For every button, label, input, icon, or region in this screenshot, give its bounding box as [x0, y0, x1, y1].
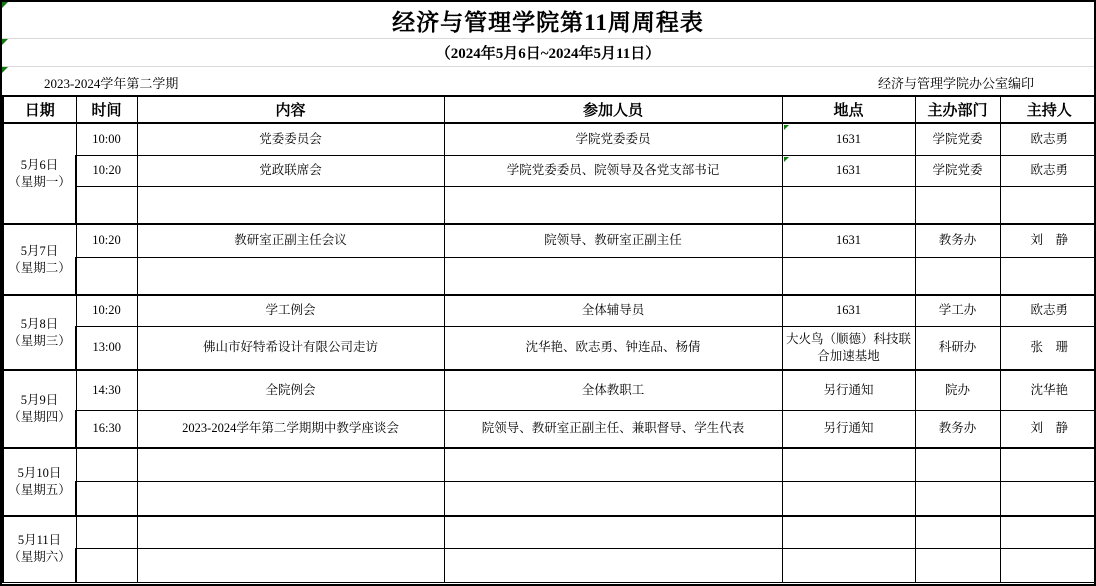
cell-date: 5月11日（星期六）	[3, 516, 76, 582]
cell-time	[76, 481, 137, 516]
table-row: 5月7日（星期二）10:20教研室正副主任会议院领导、教研室正副主任1631教务…	[3, 224, 1096, 257]
cell-participants-text: 学院党委委员	[575, 132, 650, 146]
publisher-label: 经济与管理学院办公室编印	[878, 73, 1034, 92]
weekday-label: （星期二）	[6, 260, 73, 277]
cell-time: 10:00	[76, 123, 137, 155]
cell-department-text: 院办	[945, 383, 970, 397]
cell-host-text: 沈华艳	[1030, 383, 1068, 397]
cell-time: 10:20	[76, 155, 137, 186]
cell-time: 10:20	[76, 224, 137, 257]
cell-error-flag-icon	[784, 157, 789, 162]
header-row: 日期时间内容参加人员地点主办部门主持人	[3, 96, 1096, 123]
cell-participants: 学院党委委员	[444, 123, 782, 155]
cell-time: 13:00	[76, 326, 137, 370]
cell-time	[76, 257, 137, 295]
cell-content: 2023-2024学年第二学期期中教学座谈会	[137, 410, 444, 448]
date-label: 5月6日	[6, 157, 73, 174]
cell-participants-text: 学院党委委员、院领导及各党支部书记	[507, 163, 720, 177]
info-row: 2023-2024学年第二学期 经济与管理学院办公室编印	[2, 67, 1094, 95]
cell-participants	[444, 548, 782, 582]
cell-time: 10:20	[76, 295, 137, 326]
cell-department: 教务办	[915, 224, 1000, 257]
cell-department-text: 学院党委	[932, 163, 982, 177]
cell-time	[76, 186, 137, 224]
cell-location: 大火鸟（顺德）科技联合加速基地	[782, 326, 915, 370]
cell-location: 另行通知	[782, 370, 915, 410]
cell-location-text: 1631	[836, 132, 861, 146]
cell-host: 刘 静	[1000, 224, 1096, 257]
table-header: 日期时间内容参加人员地点主办部门主持人	[3, 96, 1096, 123]
cell-content: 教研室正副主任会议	[137, 224, 444, 257]
column-header-2: 内容	[137, 96, 444, 123]
column-header-6: 主持人	[1000, 96, 1096, 123]
cell-participants	[444, 481, 782, 516]
table-row: 5月6日（星期一）10:00党委委员会学院党委委员1631学院党委欧志勇	[3, 123, 1096, 155]
cell-host: 张 珊	[1000, 326, 1096, 370]
table-row	[3, 481, 1096, 516]
cell-time-text: 10:20	[92, 233, 120, 247]
date-label: 5月11日	[6, 532, 73, 549]
cell-host	[1000, 448, 1096, 481]
cell-content-text: 教研室正副主任会议	[234, 233, 347, 247]
table-row: 5月8日（星期三）10:20学工例会全体辅导员1631学工办欧志勇	[3, 295, 1096, 326]
table-row: 5月9日（星期四）14:30全院例会全体教职工另行通知院办沈华艳	[3, 370, 1096, 410]
cell-location	[782, 516, 915, 548]
table-row: 10:20党政联席会学院党委委员、院领导及各党支部书记1631学院党委欧志勇	[3, 155, 1096, 186]
cell-department-text: 学院党委	[932, 132, 982, 146]
cell-time	[76, 548, 137, 582]
cell-error-flag-icon	[2, 67, 8, 73]
table-row	[3, 186, 1096, 224]
cell-department: 院办	[915, 370, 1000, 410]
cell-content	[137, 186, 444, 224]
cell-content	[137, 448, 444, 481]
cell-host: 刘 静	[1000, 410, 1096, 448]
cell-department: 教务办	[915, 410, 1000, 448]
cell-host	[1000, 481, 1096, 516]
cell-participants-text: 沈华艳、欧志勇、钟连品、杨倩	[525, 340, 700, 354]
cell-date: 5月7日（星期二）	[3, 224, 76, 295]
cell-participants	[444, 257, 782, 295]
cell-date: 5月8日（星期三）	[3, 295, 76, 370]
cell-error-flag-icon	[2, 2, 8, 8]
cell-date: 5月9日（星期四）	[3, 370, 76, 448]
weekday-label: （星期六）	[6, 549, 73, 566]
cell-content: 党政联席会	[137, 155, 444, 186]
cell-host-text: 刘 静	[1030, 421, 1068, 435]
cell-content	[137, 481, 444, 516]
cell-department-text: 教务办	[939, 233, 977, 247]
cell-host: 欧志勇	[1000, 155, 1096, 186]
cell-location: 1631	[782, 155, 915, 186]
schedule-sheet: 经济与管理学院第11周周程表 （2024年5月6日~2024年5月11日） 20…	[0, 0, 1096, 586]
cell-location	[782, 448, 915, 481]
cell-department-text: 科研办	[939, 340, 977, 354]
table-row	[3, 257, 1096, 295]
cell-time-text: 10:20	[92, 303, 120, 317]
cell-department	[915, 516, 1000, 548]
cell-time-text: 10:00	[92, 132, 120, 146]
title-row: 经济与管理学院第11周周程表	[2, 2, 1094, 39]
cell-participants-text: 院领导、教研室正副主任	[544, 233, 682, 247]
column-header-3: 参加人员	[444, 96, 782, 123]
cell-participants	[444, 448, 782, 481]
cell-error-flag-icon	[2, 39, 8, 45]
cell-participants-text: 全体教职工	[582, 383, 645, 397]
cell-location-text: 1631	[836, 163, 861, 177]
cell-department: 学工办	[915, 295, 1000, 326]
cell-content-text: 党政联席会	[259, 163, 322, 177]
cell-date: 5月6日（星期一）	[3, 123, 76, 224]
cell-participants: 学院党委委员、院领导及各党支部书记	[444, 155, 782, 186]
cell-department: 学院党委	[915, 123, 1000, 155]
date-label: 5月8日	[6, 316, 73, 333]
cell-time	[76, 516, 137, 548]
cell-department	[915, 481, 1000, 516]
cell-time: 14:30	[76, 370, 137, 410]
cell-location-text: 1631	[836, 233, 861, 247]
cell-department	[915, 257, 1000, 295]
cell-host: 欧志勇	[1000, 123, 1096, 155]
cell-location	[782, 548, 915, 582]
table-row: 5月11日（星期六）	[3, 516, 1096, 548]
cell-host-text: 欧志勇	[1030, 132, 1068, 146]
cell-location	[782, 257, 915, 295]
cell-content-text: 佛山市好特希设计有限公司走访	[203, 340, 378, 354]
cell-content: 党委委员会	[137, 123, 444, 155]
cell-time-text: 14:30	[92, 383, 120, 397]
table-row: 16:302023-2024学年第二学期期中教学座谈会院领导、教研室正副主任、兼…	[3, 410, 1096, 448]
cell-location: 1631	[782, 123, 915, 155]
date-label: 5月10日	[6, 465, 73, 482]
cell-department	[915, 448, 1000, 481]
date-range-subtitle: （2024年5月6日~2024年5月11日）	[436, 42, 660, 63]
cell-location: 1631	[782, 295, 915, 326]
cell-location	[782, 186, 915, 224]
cell-participants-text: 全体辅导员	[582, 303, 645, 317]
cell-participants-text: 院领导、教研室正副主任、兼职督导、学生代表	[482, 421, 745, 435]
cell-department-text: 教务办	[939, 421, 977, 435]
table-row: 5月10日（星期五）	[3, 448, 1096, 481]
cell-time-text: 10:20	[93, 163, 121, 177]
date-label: 5月7日	[6, 243, 73, 260]
column-header-4: 地点	[782, 96, 915, 123]
table-body: 5月6日（星期一）10:00党委委员会学院党委委员1631学院党委欧志勇10:2…	[3, 123, 1096, 582]
weekday-label: （星期一）	[6, 174, 73, 191]
cell-content: 全院例会	[137, 370, 444, 410]
cell-location-text: 大火鸟（顺德）科技联合加速基地	[786, 332, 911, 363]
column-header-0: 日期	[3, 96, 76, 123]
cell-location: 1631	[782, 224, 915, 257]
cell-host-text: 欧志勇	[1030, 163, 1068, 177]
cell-location	[782, 481, 915, 516]
cell-department	[915, 186, 1000, 224]
cell-time: 16:30	[76, 410, 137, 448]
cell-time-text: 16:30	[93, 421, 121, 435]
cell-department	[915, 548, 1000, 582]
cell-host	[1000, 186, 1096, 224]
cell-content-text: 学工例会	[265, 303, 315, 317]
cell-location-text: 另行通知	[823, 383, 873, 397]
cell-participants: 全体教职工	[444, 370, 782, 410]
cell-content	[137, 516, 444, 548]
cell-content-text: 全院例会	[265, 383, 315, 397]
schedule-table: 日期时间内容参加人员地点主办部门主持人 5月6日（星期一）10:00党委委员会学…	[2, 95, 1096, 583]
column-header-5: 主办部门	[915, 96, 1000, 123]
cell-participants: 沈华艳、欧志勇、钟连品、杨倩	[444, 326, 782, 370]
cell-participants: 全体辅导员	[444, 295, 782, 326]
cell-content: 佛山市好特希设计有限公司走访	[137, 326, 444, 370]
cell-location-text: 另行通知	[823, 421, 873, 435]
cell-content	[137, 548, 444, 582]
cell-host	[1000, 548, 1096, 582]
cell-host: 沈华艳	[1000, 370, 1096, 410]
weekday-label: （星期四）	[6, 409, 73, 426]
weekday-label: （星期三）	[6, 333, 73, 350]
cell-location: 另行通知	[782, 410, 915, 448]
weekday-label: （星期五）	[6, 482, 73, 499]
column-header-1: 时间	[76, 96, 137, 123]
cell-department: 学院党委	[915, 155, 1000, 186]
cell-error-flag-icon	[784, 125, 789, 130]
cell-department: 科研办	[915, 326, 1000, 370]
page-title: 经济与管理学院第11周周程表	[392, 4, 704, 37]
cell-content-text: 2023-2024学年第二学期期中教学座谈会	[182, 421, 399, 435]
cell-participants: 院领导、教研室正副主任	[444, 224, 782, 257]
cell-content-text: 党委委员会	[259, 132, 322, 146]
cell-content	[137, 257, 444, 295]
table-row: 13:00佛山市好特希设计有限公司走访沈华艳、欧志勇、钟连品、杨倩大火鸟（顺德）…	[3, 326, 1096, 370]
cell-participants	[444, 186, 782, 224]
cell-date: 5月10日（星期五）	[3, 448, 76, 516]
cell-time	[76, 448, 137, 481]
cell-time-text: 13:00	[93, 340, 121, 354]
cell-host-text: 张 珊	[1030, 340, 1068, 354]
cell-host-text: 刘 静	[1030, 233, 1068, 247]
cell-host: 欧志勇	[1000, 295, 1096, 326]
cell-participants	[444, 516, 782, 548]
cell-location-text: 1631	[836, 303, 861, 317]
subtitle-row: （2024年5月6日~2024年5月11日）	[2, 39, 1094, 67]
cell-content: 学工例会	[137, 295, 444, 326]
cell-host	[1000, 257, 1096, 295]
table-row	[3, 548, 1096, 582]
semester-label: 2023-2024学年第二学期	[44, 73, 178, 92]
cell-host-text: 欧志勇	[1030, 303, 1068, 317]
cell-host	[1000, 516, 1096, 548]
cell-department-text: 学工办	[939, 303, 977, 317]
date-label: 5月9日	[6, 392, 73, 409]
cell-participants: 院领导、教研室正副主任、兼职督导、学生代表	[444, 410, 782, 448]
